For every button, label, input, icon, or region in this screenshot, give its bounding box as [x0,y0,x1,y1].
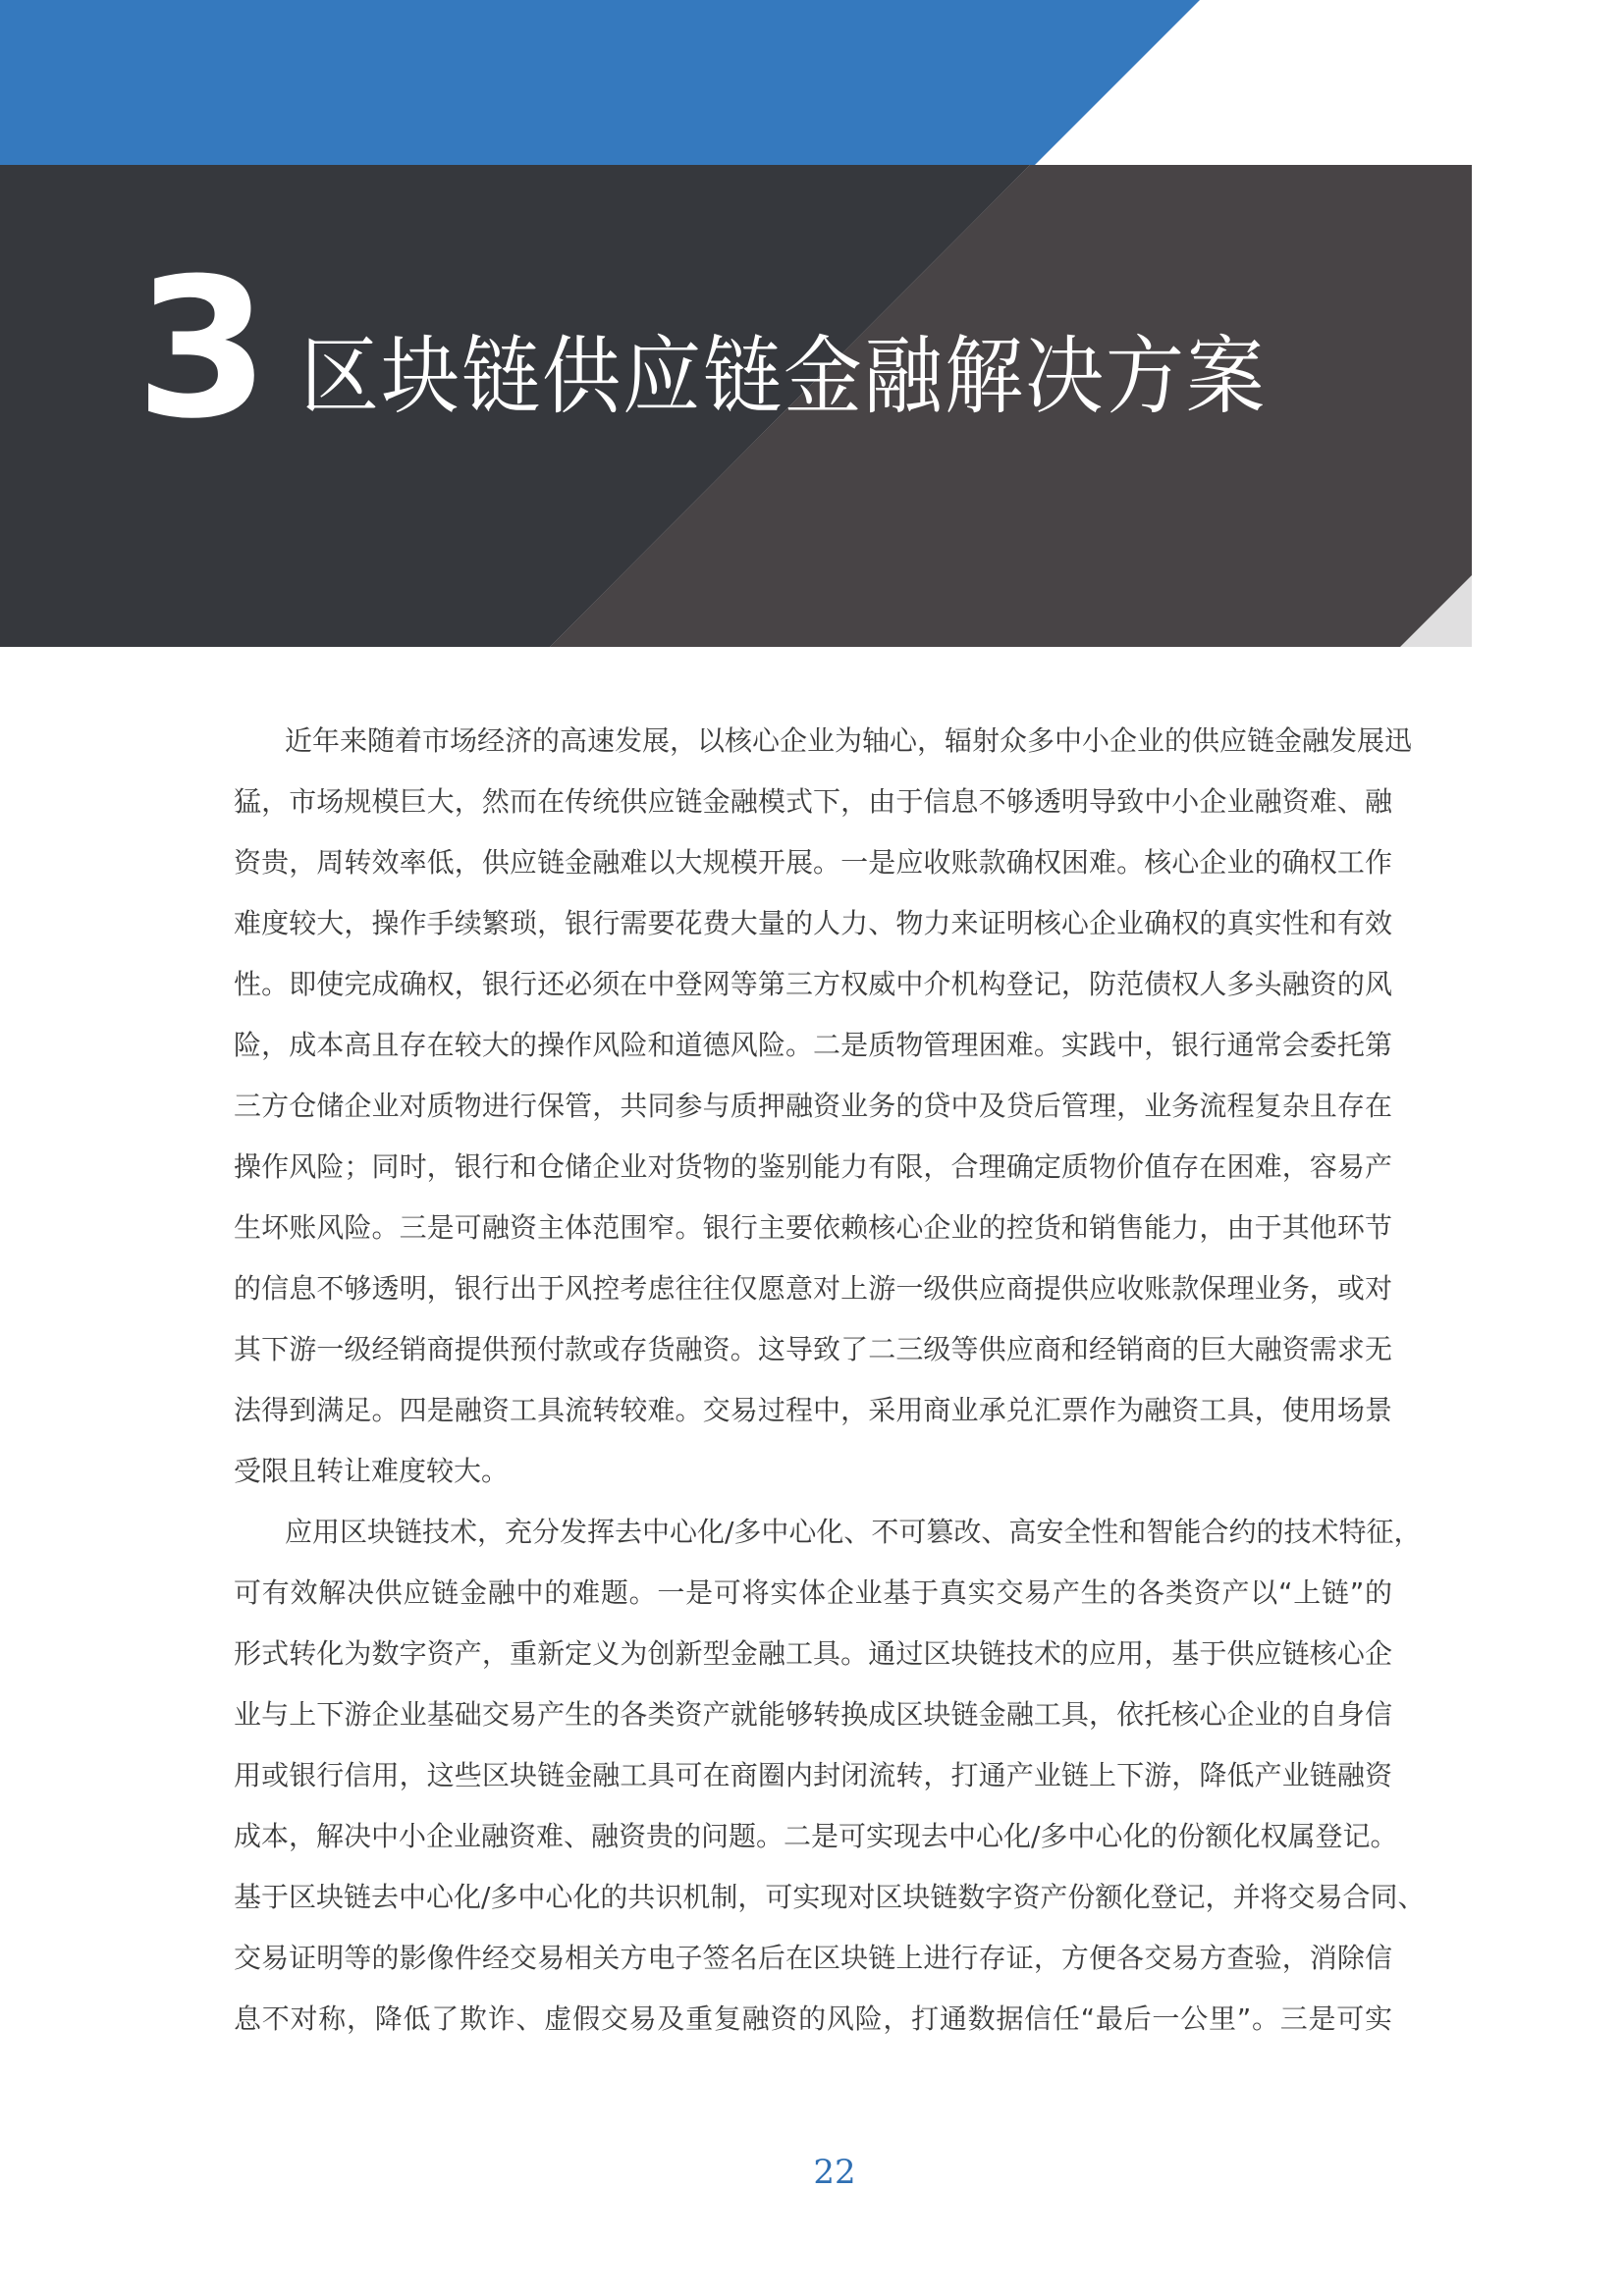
text-line: 成本，解决中小企业融资难、融资贵的问题。二是可实现去中心化/多中心化的份额化权属… [234,1815,1392,1876]
text-line: 生坏账风险。三是可融资主体范围窄。银行主要依赖核心企业的控货和销售能力，由于其他… [234,1206,1392,1267]
text-line: 难度较大，操作手续繁琐，银行需要花费大量的人力、物力来证明核心企业确权的真实性和… [234,902,1392,963]
text-line: 法得到满足。四是融资工具流转较难。交易过程中，采用商业承兑汇票作为融资工具，使用… [234,1389,1392,1450]
text-line: 其下游一级经销商提供预付款或存货融资。这导致了二三级等供应商和经销商的巨大融资需… [234,1328,1392,1389]
body-text: 近年来随着市场经济的高速发展，以核心企业为轴心，辐射众多中小企业的供应链金融发展… [234,720,1392,2058]
text-line: 受限且转让难度较大。 [234,1450,1392,1511]
text-line: 形式转化为数字资产，重新定义为创新型金融工具。通过区块链技术的应用，基于供应链核… [234,1632,1392,1693]
text-line: 基于区块链去中心化/多中心化的共识机制，可实现对区块链数字资产份额化登记，并将交… [234,1876,1392,1937]
text-line: 性。即使完成确权，银行还必须在中登网等第三方权威中介机构登记，防范债权人多头融资… [234,963,1392,1024]
paragraph-1: 近年来随着市场经济的高速发展，以核心企业为轴心，辐射众多中小企业的供应链金融发展… [234,720,1392,1511]
page-number: 22 [0,2153,1623,2192]
chapter-number: 3 [135,241,265,457]
text-line: 资贵，周转效率低，供应链金融难以大规模开展。一是应收账款确权困难。核心企业的确权… [234,841,1392,902]
text-line: 三方仓储企业对质物进行保管，共同参与质押融资业务的贷中及贷后管理，业务流程复杂且… [234,1085,1392,1146]
text-line: 猛，市场规模巨大，然而在传统供应链金融模式下，由于信息不够透明导致中小企业融资难… [234,780,1392,841]
blue-band-shape [0,0,1200,165]
text-line: 可有效解决供应链金融中的难题。一是可将实体企业基于真实交易产生的各类资产以“上链… [234,1572,1392,1632]
text-line: 应用区块链技术，充分发挥去中心化/多中心化、不可篡改、高安全性和智能合约的技术特… [234,1511,1392,1572]
text-line: 用或银行信用，这些区块链金融工具可在商圈内封闭流转，打通产业链上下游，降低产业链… [234,1754,1392,1815]
text-line: 交易证明等的影像件经交易相关方电子签名后在区块链上进行存证，方便各交易方查验，消… [234,1937,1392,1998]
text-line: 业与上下游企业基础交易产生的各类资产就能够转换成区块链金融工具，依托核心企业的自… [234,1693,1392,1754]
text-line: 近年来随着市场经济的高速发展，以核心企业为轴心，辐射众多中小企业的供应链金融发展… [234,720,1392,780]
text-line: 操作风险；同时，银行和仓储企业对货物的鉴别能力有限，合理确定质物价值存在困难，容… [234,1146,1392,1206]
text-line: 息不对称，降低了欺诈、虚假交易及重复融资的风险，打通数据信任“最后一公里”。三是… [234,1998,1392,2058]
text-line: 的信息不够透明，银行出于风控考虑往往仅愿意对上游一级供应商提供应收账款保理业务，… [234,1267,1392,1328]
paragraph-2: 应用区块链技术，充分发挥去中心化/多中心化、不可篡改、高安全性和智能合约的技术特… [234,1511,1392,2058]
text-line: 险，成本高且存在较大的操作风险和道德风险。二是质物管理困难。实践中，银行通常会委… [234,1024,1392,1085]
chapter-title: 区块链供应链金融解决方案 [300,324,1267,430]
